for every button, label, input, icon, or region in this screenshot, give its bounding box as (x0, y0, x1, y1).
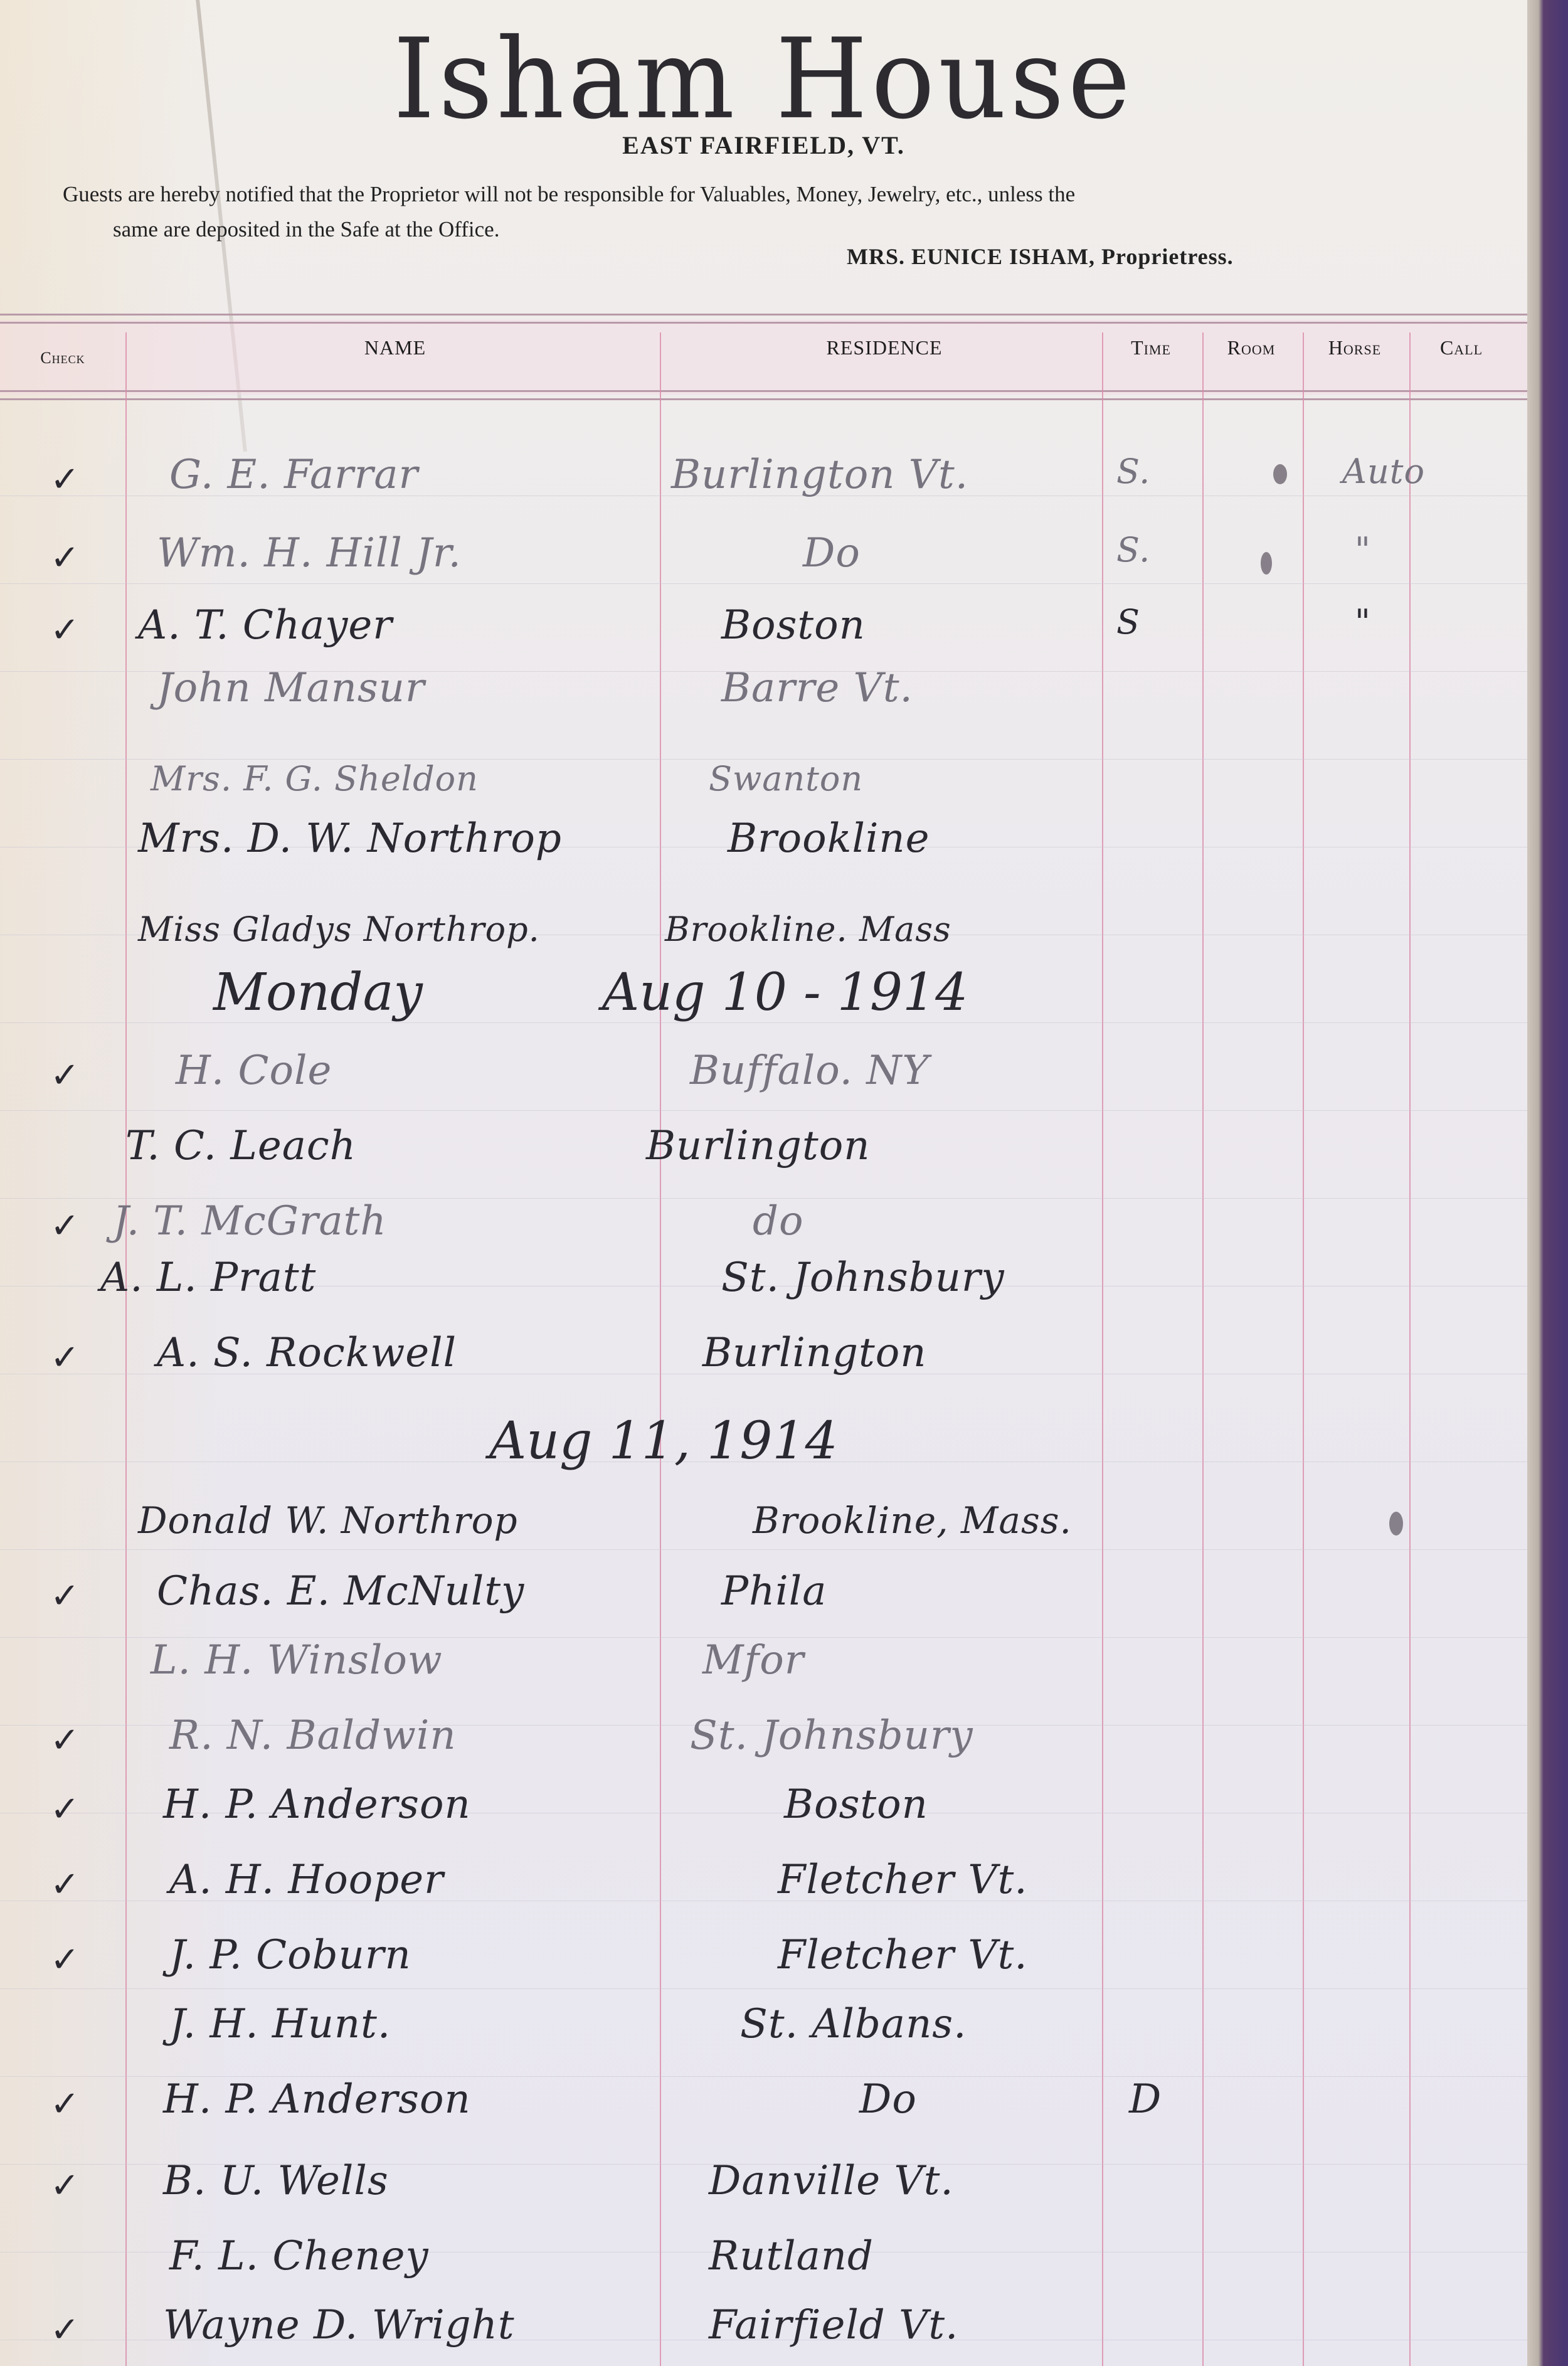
guest-name: H. P. Anderson (163, 1781, 471, 1828)
check-mark-icon: ✓ (50, 1939, 80, 1980)
guest-residence: Brookline. Mass (665, 910, 951, 949)
check-mark-icon: ✓ (50, 2084, 80, 2125)
date-heading-date: Aug 11, 1914 (489, 1411, 838, 1471)
arrival-time: S. (1116, 452, 1150, 491)
register-entry: ✓ R. N. Baldwin St. Johnsbury (0, 1712, 1527, 1781)
column-horse: Horse (1305, 336, 1405, 359)
register-entry: ✓ Wayne D. Wright Fairfield Vt. (0, 2302, 1527, 2366)
check-mark-icon: ✓ (50, 1720, 80, 1761)
column-check: Check (25, 349, 100, 368)
register-entry: J. H. Hunt. St. Albans. (0, 2001, 1527, 2070)
call-note: " (1355, 602, 1371, 642)
guest-name: Donald W. Northrop (138, 1499, 518, 1542)
column-name: NAME (263, 336, 527, 359)
hotel-title: Isham House (0, 14, 1527, 144)
check-mark-icon: ✓ (50, 1337, 80, 1378)
guest-residence: Barre Vt. (721, 665, 913, 711)
guest-residence: Boston (784, 1781, 928, 1828)
column-call: Call (1411, 336, 1512, 359)
guest-name: H. Cole (176, 1048, 332, 1094)
register-entry: ✓ A. H. Hooper Fletcher Vt. (0, 1857, 1527, 1926)
register-page: Isham House EAST FAIRFIELD, VT. Guests a… (0, 0, 1529, 2366)
proprietress-line: MRS. EUNICE ISHAM, Proprietress. (847, 243, 1234, 270)
hotel-location: EAST FAIRFIELD, VT. (0, 130, 1527, 160)
guest-name: Wayne D. Wright (163, 2302, 515, 2348)
column-residence: RESIDENCE (721, 336, 1047, 359)
check-mark-icon: ✓ (50, 538, 80, 578)
guest-residence: Brookline, Mass. (753, 1499, 1072, 1542)
check-mark-icon: ✓ (50, 459, 80, 500)
ledger-line (0, 1022, 1527, 1023)
guest-name: Mrs. F. G. Sheldon (151, 759, 479, 798)
guest-residence: Phila (721, 1568, 827, 1615)
guest-residence: Fletcher Vt. (778, 1857, 1028, 1903)
notice-line-2: same are deposited in the Safe at the Of… (63, 212, 1417, 247)
column-room: Room (1204, 336, 1298, 359)
header-bottom-rule (0, 390, 1527, 400)
guest-name: A. T. Chayer (138, 602, 393, 649)
guest-residence: Brookline (728, 815, 930, 862)
register-entry: L. H. Winslow Mfor (0, 1637, 1527, 1706)
guest-residence: Rutland (709, 2233, 874, 2279)
guest-residence: Buffalo. NY (690, 1048, 930, 1094)
date-heading-date: Aug 10 - 1914 (602, 963, 968, 1022)
header-top-rule (0, 314, 1527, 324)
ink-blot (1389, 1512, 1403, 1536)
guest-name: G. E. Farrar (169, 452, 418, 498)
guest-name: John Mansur (157, 665, 425, 711)
guest-name: R. N. Baldwin (169, 1712, 457, 1759)
liability-notice: Guests are hereby notified that the Prop… (63, 177, 1417, 247)
guest-name: B. U. Wells (163, 2158, 389, 2204)
book-binding (1527, 0, 1568, 2366)
call-note: Auto (1342, 452, 1425, 491)
guest-residence: do (753, 1198, 804, 1244)
guest-residence: St. Johnsbury (721, 1255, 1005, 1301)
guest-name: Chas. E. McNulty (157, 1568, 524, 1615)
check-mark-icon: ✓ (50, 2165, 80, 2206)
call-note: " (1355, 530, 1371, 570)
check-mark-icon: ✓ (50, 1789, 80, 1830)
guest-residence: Burlington (702, 1330, 926, 1376)
guest-residence: Burlington Vt. (671, 452, 968, 498)
register-entry: ✓ Wm. H. Hill Jr. Do S. " (0, 530, 1527, 599)
register-entry: ✓ J. P. Coburn Fletcher Vt. (0, 1932, 1527, 2001)
guest-residence: Fairfield Vt. (709, 2302, 958, 2348)
guest-name: A. S. Rockwell (157, 1330, 457, 1376)
guest-residence: Do (859, 2076, 917, 2123)
register-entry: ✓ A. S. Rockwell Burlington (0, 1330, 1527, 1399)
guest-name: H. P. Anderson (163, 2076, 471, 2123)
guest-name: Mrs. D. W. Northrop (138, 815, 562, 862)
register-entry: ✓ A. T. Chayer Boston S " (0, 602, 1527, 671)
register-entry: F. L. Cheney Rutland (0, 2233, 1527, 2302)
register-entry: ✓ H. P. Anderson Do D (0, 2076, 1527, 2145)
guest-name: J. P. Coburn (169, 1932, 411, 1978)
arrival-time: S. (1116, 530, 1150, 570)
guest-residence: Swanton (709, 759, 863, 798)
check-mark-icon: ✓ (50, 1055, 80, 1096)
guest-residence: St. Johnsbury (690, 1712, 973, 1759)
guest-name: T. C. Leach (125, 1123, 356, 1169)
guest-name: F. L. Cheney (169, 2233, 429, 2279)
register-entry: A. L. Pratt St. Johnsbury (0, 1255, 1527, 1324)
guest-residence: Danville Vt. (709, 2158, 954, 2204)
arrival-time: S (1116, 602, 1140, 642)
register-entry: John Mansur Barre Vt. (0, 665, 1527, 734)
guest-name: Wm. H. Hill Jr. (157, 530, 462, 576)
guest-residence: Boston (721, 602, 866, 649)
guest-name: J. H. Hunt. (169, 2001, 391, 2047)
register-entry: Donald W. Northrop Brookline, Mass. (0, 1499, 1527, 1568)
check-mark-icon: ✓ (50, 1864, 80, 1905)
check-mark-icon: ✓ (50, 1206, 80, 1246)
register-entry: ✓ H. P. Anderson Boston (0, 1781, 1527, 1850)
guest-residence: Burlington (646, 1123, 870, 1169)
arrival-time: D (1129, 2076, 1162, 2123)
guest-residence: Fletcher Vt. (778, 1932, 1028, 1978)
ink-blot (1261, 552, 1272, 575)
guest-residence: St. Albans. (740, 2001, 967, 2047)
guest-name: A. H. Hooper (169, 1857, 444, 1903)
register-entry: ✓ H. Cole Buffalo. NY (0, 1048, 1527, 1117)
register-entry: ✓ Chas. E. McNulty Phila (0, 1568, 1527, 1637)
register-entry: Mrs. D. W. Northrop Brookline (0, 815, 1527, 884)
register-entry: T. C. Leach Burlington (0, 1123, 1527, 1192)
register-entry: ✓ G. E. Farrar Burlington Vt. S. Auto (0, 452, 1527, 521)
guest-name: A. L. Pratt (100, 1255, 316, 1301)
guest-name: Miss Gladys Northrop. (138, 910, 540, 949)
check-mark-icon: ✓ (50, 610, 80, 650)
guest-residence: Mfor (702, 1637, 804, 1684)
check-mark-icon: ✓ (50, 2310, 80, 2350)
check-mark-icon: ✓ (50, 1576, 80, 1616)
guest-name: L. H. Winslow (151, 1637, 443, 1684)
column-time: Time (1104, 336, 1198, 359)
guest-name: J. T. McGrath (113, 1198, 387, 1244)
date-heading-day: Monday (213, 963, 423, 1022)
notice-line-1: Guests are hereby notified that the Prop… (63, 177, 1417, 212)
guest-residence: Do (803, 530, 861, 576)
ink-blot (1273, 464, 1287, 484)
register-entry: ✓ B. U. Wells Danville Vt. (0, 2158, 1527, 2227)
